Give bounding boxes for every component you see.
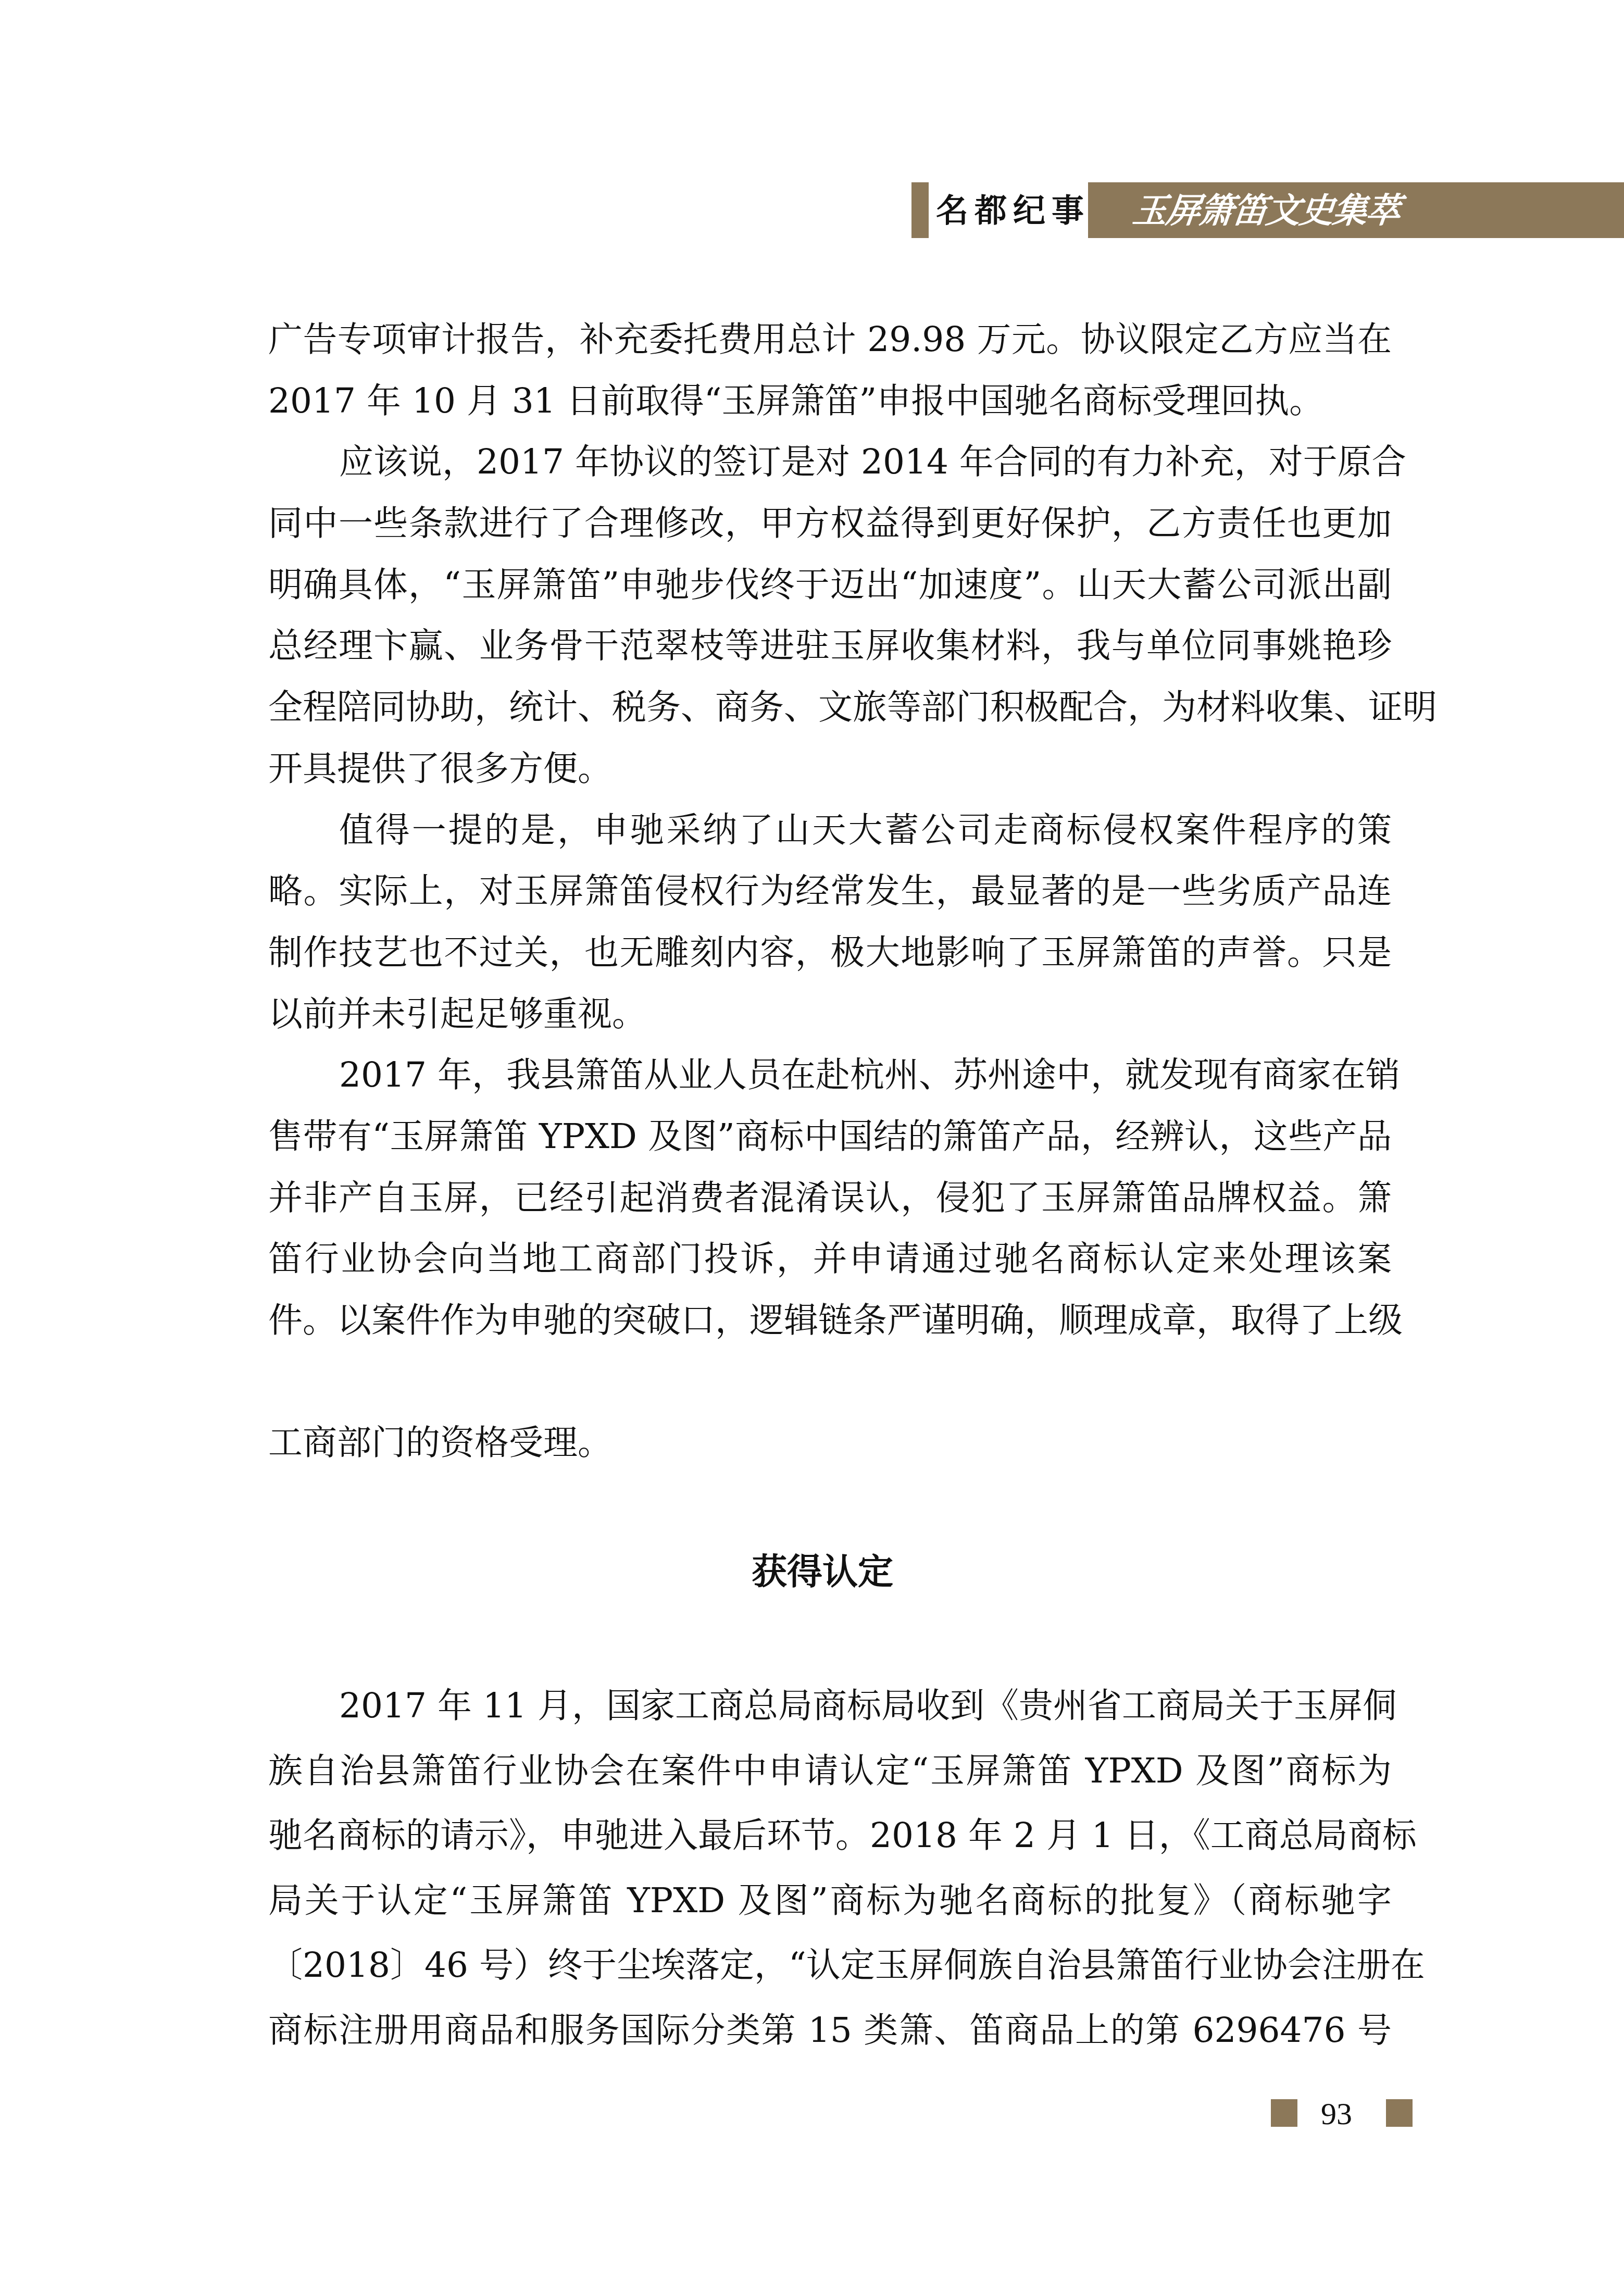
text-line: 件。以案件作为申驰的突破口，逻辑链条严谨明确，顺理成章，取得了上级 [268,1300,1392,1341]
text-line: 并非产自玉屏，已经引起消费者混淆误认，侵犯了玉屏箫笛品牌权益。箫 [268,1177,1392,1219]
text-line: 广告专项审计报告，补充委托费用总计 29.98 万元。协议限定乙方应当在 [268,319,1392,360]
text-line: 以前并未引起足够重视。 [268,993,1392,1035]
text-line: 〔2018〕46 号）终于尘埃落定，“认定玉屏侗族自治县箫笛行业协会注册在 [268,1944,1392,1986]
text-line: 商标注册用商品和服务国际分类第 15 类箫、笛商品上的第 6296476 号 [268,2010,1392,2051]
section-heading: 获得认定 [0,1551,1624,1593]
paragraph-first-line: 2017 年 11 月，国家工商总局商标局收到《贵州省工商局关于玉屏侗 [268,1685,1392,1727]
page-number: 93 [1310,2098,1363,2129]
text-line: 总经理卞赢、业务骨干范翠枝等进驻玉屏收集材料，我与单位同事姚艳珍 [268,625,1392,667]
paragraph-first-line: 值得一提的是，申驰采纳了山天大蓄公司走商标侵权案件程序的策 [268,809,1392,851]
paragraph-first-line: 应该说，2017 年协议的签订是对 2014 年合同的有力补充，对于原合 [268,441,1392,483]
page-number-right-square-icon [1386,2099,1413,2127]
text-line: 笛行业协会向当地工商部门投诉，并申请通过驰名商标认定来处理该案 [268,1238,1392,1280]
header-section-label: 名都纪事 [936,189,1090,233]
text-line: 全程陪同协助，统计、税务、商务、文旅等部门积极配合，为材料收集、证明 [268,687,1392,728]
paragraph-first-line: 2017 年，我县箫笛从业人员在赴杭州、苏州途中，就发现有商家在销 [268,1054,1392,1096]
text-line: 2017 年 10 月 31 日前取得“玉屏箫笛”申报中国驰名商标受理回执。 [268,380,1392,422]
header-accent-bar [911,182,929,238]
text-line: 局关于认定“玉屏箫笛 YPXD 及图”商标为驰名商标的批复》（商标驰字 [268,1880,1392,1922]
text-line: 族自治县箫笛行业协会在案件中申请认定“玉屏箫笛 YPXD 及图”商标为 [268,1750,1392,1792]
text-line: 同中一些条款进行了合理修改，甲方权益得到更好保护，乙方责任也更加 [268,503,1392,544]
text-line: 明确具体，“玉屏箫笛”申驰步伐终于迈出“加速度”。山天大蓄公司派出副 [268,564,1392,606]
header-book-title: 玉屏箫笛文史集萃 [1130,186,1402,234]
text-line: 制作技艺也不过关，也无雕刻内容，极大地影响了玉屏箫笛的声誉。只是 [268,932,1392,974]
text-line: 驰名商标的请示》，申驰进入最后环节。2018 年 2 月 1 日，《工商总局商标 [268,1815,1392,1856]
text-line: 工商部门的资格受理。 [268,1422,1392,1464]
text-line: 售带有“玉屏箫笛 YPXD 及图”商标中国结的箫笛产品，经辨认，这些产品 [268,1116,1392,1157]
text-line: 略。实际上，对玉屏箫笛侵权行为经常发生，最显著的是一些劣质产品连 [268,870,1392,912]
page-number-left-square-icon [1271,2099,1297,2127]
text-line: 开具提供了很多方便。 [268,748,1392,790]
